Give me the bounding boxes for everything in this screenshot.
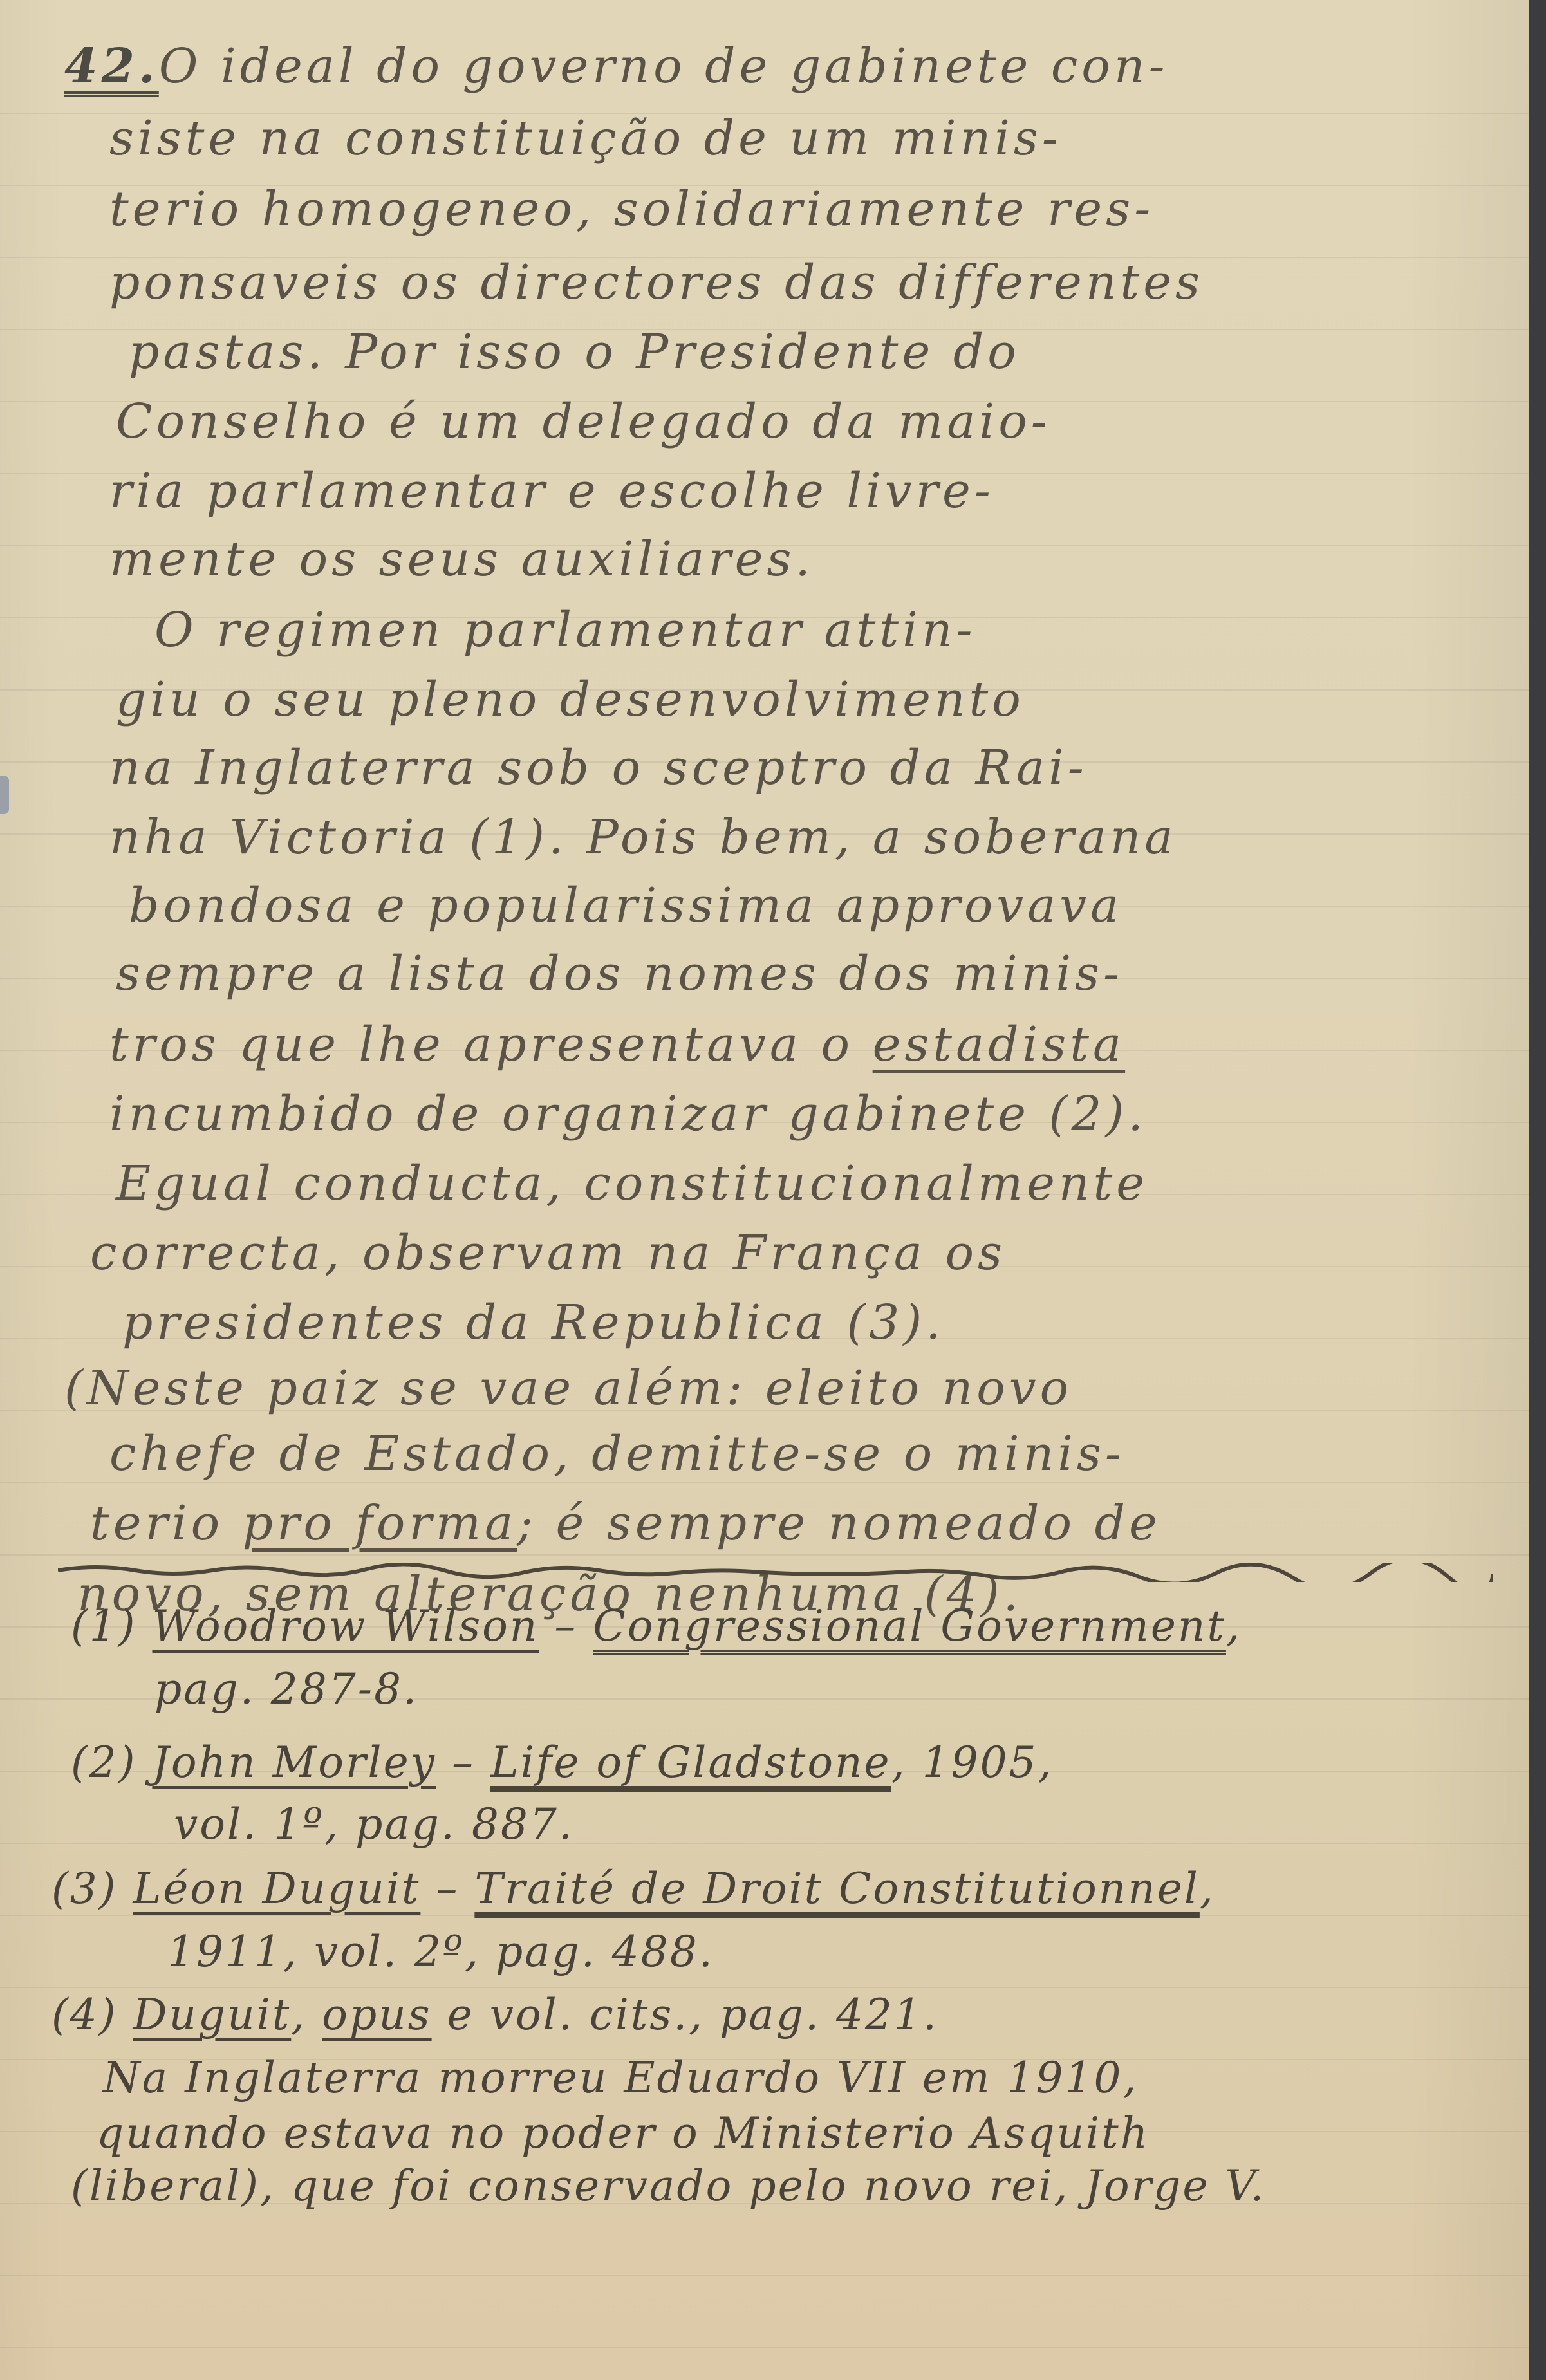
wavy-divider bbox=[58, 1563, 1493, 1582]
text-span: O regimen parlamentar attin- bbox=[154, 602, 976, 658]
footnote-line: (3) Léon Duguit – Traité de Droit Consti… bbox=[51, 1864, 1215, 1913]
text-span: mente os seus auxiliares. bbox=[109, 532, 814, 587]
text-span: (1) bbox=[71, 1601, 152, 1651]
text-span: sempre a lista dos nomes dos minis- bbox=[116, 946, 1123, 1001]
ruled-line bbox=[0, 1987, 1531, 1988]
text-span: ; é sempre nomeado de bbox=[517, 1496, 1161, 1551]
text-line: (Neste paiz se vae além: eleito novo bbox=[64, 1361, 1072, 1416]
ruled-line bbox=[0, 1915, 1531, 1916]
double-underlined-text: Traité de Droit Constitutionnel bbox=[474, 1864, 1200, 1913]
ruled-line bbox=[0, 2347, 1531, 2348]
text-line: incumbido de organizar gabinete (2). bbox=[109, 1086, 1147, 1142]
text-span: , bbox=[291, 1990, 322, 2040]
text-span: – bbox=[420, 1864, 474, 1913]
text-span: pastas. Por isso o Presidente do bbox=[129, 324, 1020, 380]
text-line: na Inglaterra sob o sceptro da Rai- bbox=[109, 740, 1088, 795]
footnote-line: vol. 1º, pag. 887. bbox=[174, 1799, 574, 1849]
ruled-line bbox=[0, 1554, 1531, 1556]
text-span: – bbox=[436, 1738, 490, 1787]
footnote-line: Na Inglaterra morreu Eduardo VII em 1910… bbox=[103, 2053, 1138, 2103]
text-line: mente os seus auxiliares. bbox=[109, 532, 814, 587]
text-span: (3) bbox=[51, 1864, 133, 1913]
text-line: giu o seu pleno desenvolvimento bbox=[116, 672, 1025, 727]
text-span: (Neste paiz se vae além: eleito novo bbox=[64, 1361, 1072, 1416]
text-span: Conselho é um delegado da maio- bbox=[116, 394, 1051, 449]
double-underlined-text: Life of Gladstone bbox=[490, 1738, 891, 1787]
text-line: chefe de Estado, demitte-se o minis- bbox=[109, 1426, 1125, 1482]
text-line: Egual conducta, constitucionalmente bbox=[116, 1156, 1148, 1211]
text-line: O regimen parlamentar attin- bbox=[154, 602, 976, 658]
text-span: terio homogeneo, solidariamente res- bbox=[109, 181, 1154, 237]
text-span: (2) bbox=[71, 1738, 152, 1787]
double-underlined-text: Congressional Government bbox=[593, 1601, 1226, 1651]
text-span: , 1905, bbox=[891, 1738, 1054, 1787]
ink-smudge bbox=[0, 776, 9, 814]
text-line: bondosa e popularissima approvava bbox=[129, 878, 1122, 933]
footnote-line: (1) Woodrow Wilson – Congressional Gover… bbox=[71, 1601, 1242, 1651]
text-span: presidentes da Republica (3). bbox=[122, 1295, 945, 1350]
text-span: 1911, vol. 2º, pag. 488. bbox=[167, 1927, 714, 1976]
text-span: O ideal do governo de gabinete con- bbox=[159, 39, 1169, 94]
text-span: bondosa e popularissima approvava bbox=[129, 878, 1122, 933]
underlined-text: Woodrow Wilson bbox=[152, 1601, 539, 1651]
footnote-line: (4) Duguit, opus e vol. cits., pag. 421. bbox=[51, 1990, 938, 2040]
page-number: 42. bbox=[64, 39, 159, 94]
underlined-text: estadista bbox=[873, 1017, 1126, 1072]
manuscript-page: 42.O ideal do governo de gabinete con-si… bbox=[0, 0, 1531, 2380]
underlined-text: opus bbox=[322, 1990, 431, 2040]
text-span: pag. 287-8. bbox=[154, 1664, 418, 1714]
text-span: – bbox=[539, 1601, 593, 1651]
text-span: , bbox=[1226, 1601, 1242, 1651]
text-span: correcta, observam na França os bbox=[90, 1225, 1006, 1281]
footnote-line: quando estava no poder o Ministerio Asqu… bbox=[97, 2108, 1150, 2158]
text-span: terio bbox=[90, 1496, 243, 1551]
text-line: nha Victoria (1). Pois bem, a soberana bbox=[109, 810, 1177, 865]
text-line: tros que lhe apresentava o estadista bbox=[109, 1017, 1125, 1072]
text-span: siste na constituição de um minis- bbox=[109, 111, 1062, 166]
text-span: giu o seu pleno desenvolvimento bbox=[116, 672, 1025, 727]
text-span: ponsaveis os directores das differentes bbox=[109, 255, 1204, 310]
text-span: quando estava no poder o Ministerio Asqu… bbox=[97, 2108, 1150, 2158]
text-span: Na Inglaterra morreu Eduardo VII em 1910… bbox=[103, 2053, 1138, 2103]
text-span: ria parlamentar e escolhe livre- bbox=[109, 463, 994, 519]
text-line: 42.O ideal do governo de gabinete con- bbox=[64, 39, 1169, 94]
ruled-line bbox=[0, 2275, 1531, 2276]
text-span: , bbox=[1200, 1864, 1215, 1913]
text-span: (liberal), que foi conservado pelo novo … bbox=[71, 2161, 1266, 2211]
text-line: terio homogeneo, solidariamente res- bbox=[109, 181, 1154, 237]
underlined-text: Duguit bbox=[133, 1990, 291, 2040]
text-line: Conselho é um delegado da maio- bbox=[116, 394, 1051, 449]
footnote-line: pag. 287-8. bbox=[154, 1664, 418, 1714]
text-span: (4) bbox=[51, 1990, 133, 2040]
text-span: vol. 1º, pag. 887. bbox=[174, 1799, 574, 1849]
text-span: e vol. cits., pag. 421. bbox=[432, 1990, 938, 2040]
text-line: ponsaveis os directores das differentes bbox=[109, 255, 1204, 310]
text-line: ria parlamentar e escolhe livre- bbox=[109, 463, 994, 519]
footnote-line: (2) John Morley – Life of Gladstone, 190… bbox=[71, 1738, 1054, 1787]
text-line: siste na constituição de um minis- bbox=[109, 111, 1062, 166]
underlined-text: pro forma bbox=[243, 1496, 517, 1551]
underlined-text: John Morley bbox=[152, 1738, 436, 1787]
ruled-line bbox=[0, 1482, 1531, 1483]
text-line: pastas. Por isso o Presidente do bbox=[129, 324, 1020, 380]
text-line: sempre a lista dos nomes dos minis- bbox=[116, 946, 1123, 1001]
underlined-text: Léon Duguit bbox=[133, 1864, 420, 1913]
text-span: incumbido de organizar gabinete (2). bbox=[109, 1086, 1147, 1142]
text-span: chefe de Estado, demitte-se o minis- bbox=[109, 1426, 1125, 1482]
text-span: Egual conducta, constitucionalmente bbox=[116, 1156, 1148, 1211]
text-line: terio pro forma; é sempre nomeado de bbox=[90, 1496, 1161, 1551]
footnote-line: (liberal), que foi conservado pelo novo … bbox=[71, 2161, 1266, 2211]
text-span: na Inglaterra sob o sceptro da Rai- bbox=[109, 740, 1088, 795]
text-line: presidentes da Republica (3). bbox=[122, 1295, 945, 1350]
text-span: tros que lhe apresentava o bbox=[109, 1017, 873, 1072]
text-span: nha Victoria (1). Pois bem, a soberana bbox=[109, 810, 1177, 865]
footnote-line: 1911, vol. 2º, pag. 488. bbox=[167, 1927, 714, 1976]
text-line: correcta, observam na França os bbox=[90, 1225, 1006, 1281]
binding-edge bbox=[1529, 0, 1546, 2380]
